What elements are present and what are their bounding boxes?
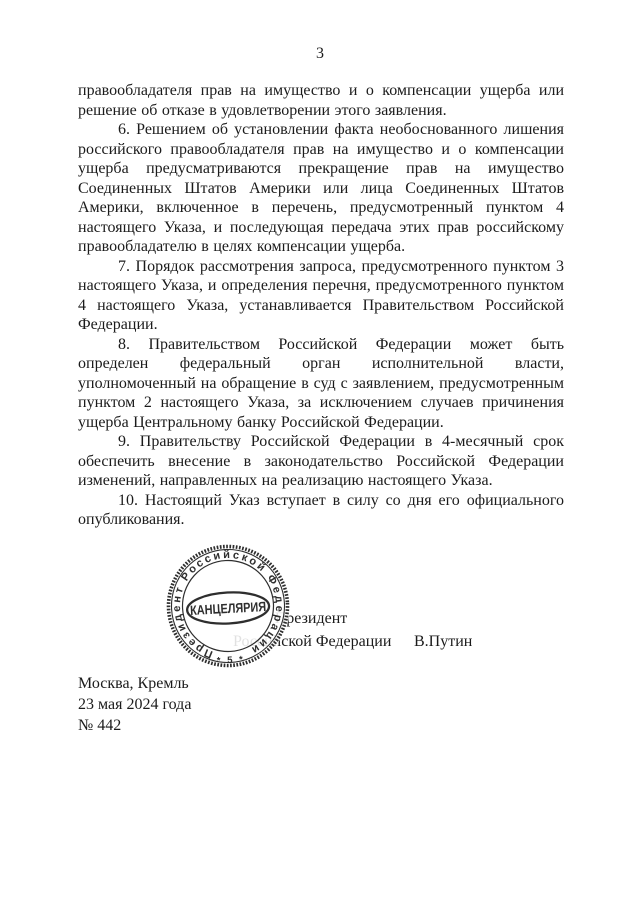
signature-name: В.Путин (414, 632, 472, 651)
page-number: 3 (0, 44, 640, 63)
document-page: 3 правообладателя прав на имущество и о … (0, 0, 640, 905)
paragraph: 10. Настоящий Указ вступает в силу со дн… (78, 491, 564, 530)
document-body: правообладателя прав на имущество и о ко… (78, 81, 564, 530)
decree-number: № 442 (78, 716, 121, 735)
paragraph: правообладателя прав на имущество и о ко… (78, 81, 564, 120)
stamp-bottom-text: * 5 * (217, 654, 246, 666)
paragraph: 6. Решением об установлении факта необос… (78, 120, 564, 257)
paragraph: 9. Правительству Российской Федерации в … (78, 432, 564, 491)
paragraph: 7. Порядок рассмотрения запроса, предусм… (78, 257, 564, 335)
signature-date: 23 мая 2024 года (78, 695, 191, 714)
paragraph: 8. Правительством Российской Федерации м… (78, 335, 564, 433)
chancellery-stamp: Президент Российской Федерации * 5 * КАН… (163, 541, 293, 671)
signature-place: Москва, Кремль (78, 674, 189, 693)
